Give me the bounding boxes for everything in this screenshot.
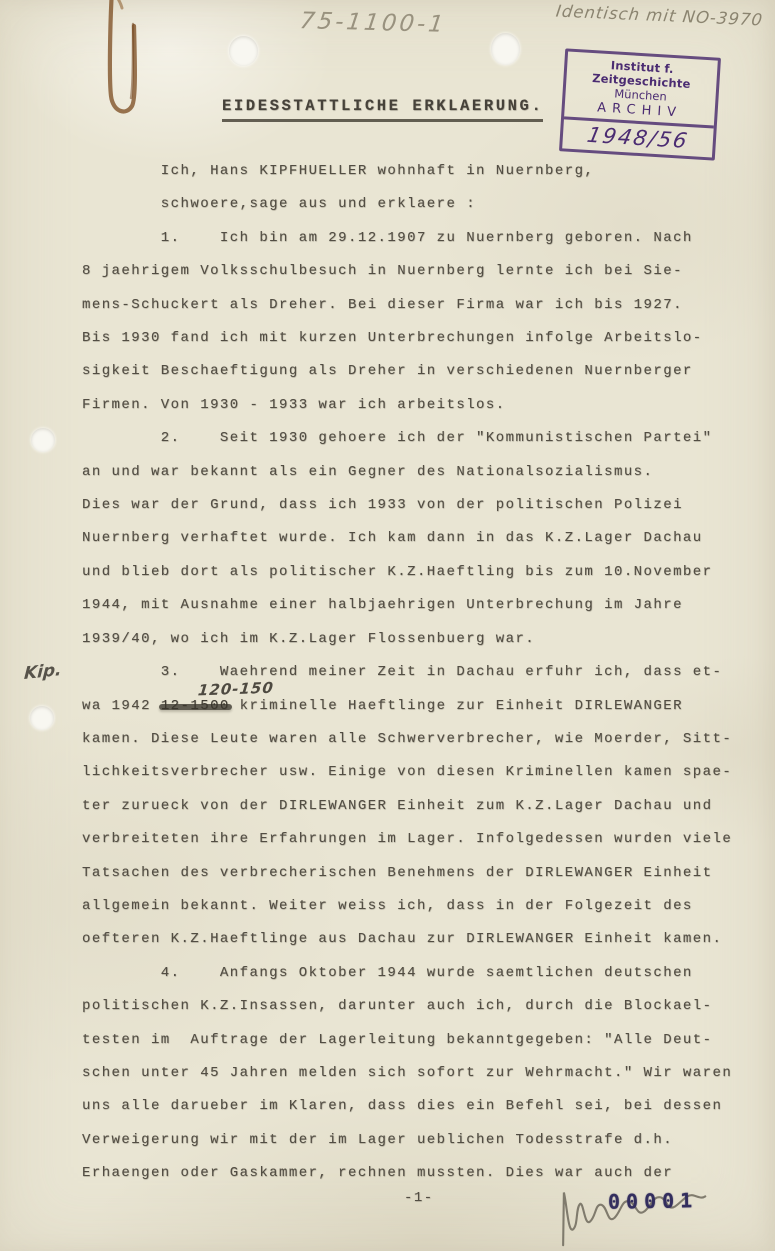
typed-line: 8 jaehrigem Volksschulbesuch in Nuernber… [82,255,772,288]
typed-line: testen im Auftrage der Lagerleitung beka… [82,1024,772,1057]
typed-line: 2. Seit 1930 gehoere ich der "Kommunisti… [82,422,772,455]
typed-line: 1939/40, wo ich im K.Z.Lager Flossenbuer… [82,623,772,656]
evidence-page-stamp: 00001 [608,1188,699,1214]
typed-line: mens-Schuckert als Dreher. Bei dieser Fi… [82,289,772,322]
typed-text: wa 1942 [82,698,161,714]
struck-text: 12-1500 [161,698,230,714]
typed-line: uns alle darueber im Klaren, dass dies e… [82,1090,772,1123]
pencil-note: Identisch mit NO-3970 [555,2,764,30]
typed-line: kamen. Diese Leute waren alle Schwerverb… [82,723,772,756]
typed-line: schen unter 45 Jahren melden sich sofort… [82,1057,772,1090]
typed-line: 3. Waehrend meiner Zeit in Dachau erfuhr… [82,656,772,689]
handwritten-correction: 120-150 [197,679,275,700]
typed-line: wa 1942 12-1500 kriminelle Haeftlinge zu… [82,690,772,723]
typed-line: Dies war der Grund, dass ich 1933 von de… [82,489,772,522]
typed-line: Firmen. Von 1930 - 1933 war ich arbeitsl… [82,389,772,422]
typed-text: kriminelle Haeftlinge zur Einheit DIRLEW… [230,698,683,714]
typed-line: 1. Ich bin am 29.12.1907 zu Nuernberg ge… [82,222,772,255]
hole-punch [31,428,55,452]
page-number: -1- [404,1190,434,1206]
document-title: EIDESSTATTLICHE ERKLAERUNG. [222,97,543,122]
typed-line: sigkeit Beschaeftigung als Dreher in ver… [82,355,772,388]
hole-punch [229,36,258,66]
typed-line: politischen K.Z.Insassen, darunter auch … [82,990,772,1023]
affidavit-page: 75-1100-1 Identisch mit NO-3970 Institut… [0,0,775,1251]
typed-line: ter zurueck von der DIRLEWANGER Einheit … [82,790,772,823]
typed-line: Tatsachen des verbrecherischen Benehmens… [82,857,772,890]
archive-stamp: Institut f. Zeitgeschichte München ARCHI… [559,48,721,160]
affidavit-body: Ich, Hans KIPFHUELLER wohnhaft in Nuernb… [82,155,772,1191]
typed-line: oefteren K.Z.Haeftlinge aus Dachau zur D… [82,923,772,956]
typed-line: Ich, Hans KIPFHUELLER wohnhaft in Nuernb… [82,155,772,188]
typed-line: allgemein bekannt. Weiter weiss ich, das… [82,890,772,923]
typed-line: und blieb dort als politischer K.Z.Haeft… [82,556,772,589]
typed-line: an und war bekannt als ein Gegner des Na… [82,456,772,489]
typed-line: Nuernberg verhaftet wurde. Ich kam dann … [82,522,772,555]
typed-line: lichkeitsverbrecher usw. Einige von dies… [82,756,772,789]
typed-line: 4. Anfangs Oktober 1944 wurde saemtliche… [82,957,772,990]
pencil-reference-number: 75-1100-1 [298,8,447,38]
margin-initials: Kip. [23,660,62,684]
hole-punch [30,706,54,730]
hole-punch [491,33,520,65]
typed-line: schwoere,sage aus und erklaere : [82,188,772,221]
paperclip-mark [86,0,156,134]
typed-line: verbreiteten ihre Erfahrungen im Lager. … [82,823,772,856]
typed-line: Verweigerung wir mit der im Lager ueblic… [82,1124,772,1157]
typed-line: 1944, mit Ausnahme einer halbjaehrigen U… [82,589,772,622]
typed-line: Bis 1930 fand ich mit kurzen Unterbrechu… [82,322,772,355]
